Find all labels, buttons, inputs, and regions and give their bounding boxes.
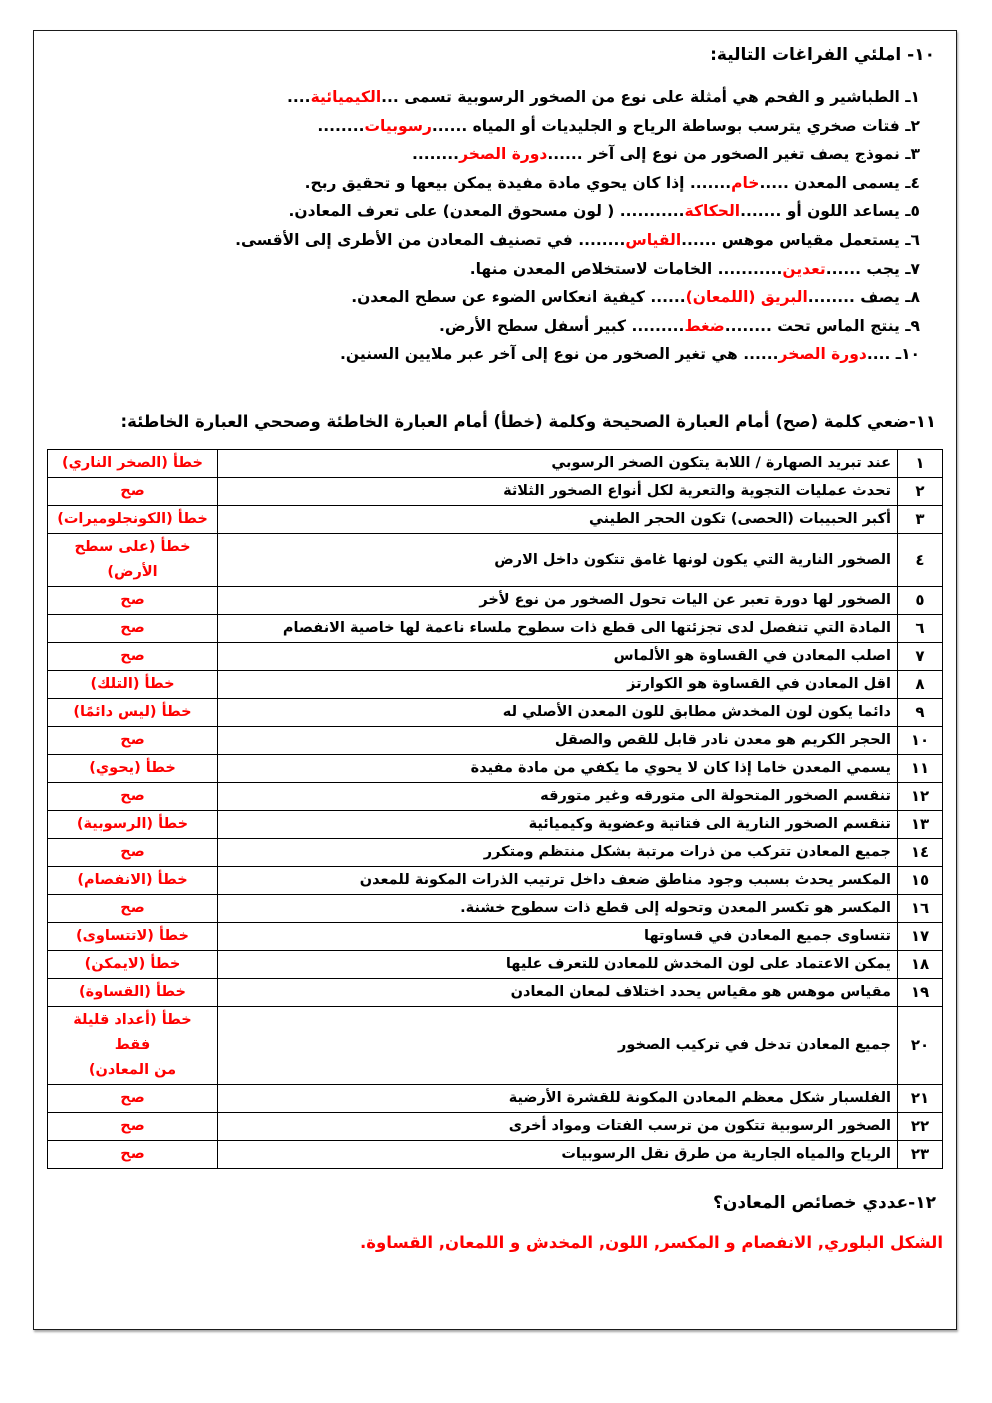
row-number: ٦	[898, 614, 943, 642]
table-row: ١٤ جميع المعادن تتركب من ذرات مرتبة بشكل…	[48, 838, 943, 866]
statement-cell: الصخور لها دورة تعبر عن اليات تحول الصخو…	[218, 586, 898, 614]
table-row: ٨ اقل المعادن في القساوة هو الكوارتز خطأ…	[48, 670, 943, 698]
row-number: ٢١	[898, 1084, 943, 1112]
statement-cell: يمكن الاعتماد على لون المخدش للمعادن للت…	[218, 950, 898, 978]
item-text-after-blank: ...... هي تغير الصخور من نوع إلى آخر عبر…	[340, 345, 779, 363]
item-text-before-blank: ٣ـ نموذج يصف تغير الصخور من نوع إلى آخر …	[547, 145, 920, 163]
table-row: ١٢ تنقسم الصخور المتحولة الى متورقه وغير…	[48, 782, 943, 810]
row-number: ٩	[898, 698, 943, 726]
worksheet-page: ١٠- املئي الفراغات التالية: ١ـ الطباشير …	[33, 30, 957, 1330]
statement-cell: تنقسم الصخور النارية الى فتاتية وعضوية و…	[218, 810, 898, 838]
table-row: ٢٣ الرياح والمياه الجارية من طرق نقل الر…	[48, 1140, 943, 1168]
table-row: ٢١ الفلسبار شكل معظم المعادن المكونة للق…	[48, 1084, 943, 1112]
table-row: ١٨ يمكن الاعتماد على لون المخدش للمعادن …	[48, 950, 943, 978]
statement-cell: اقل المعادن في القساوة هو الكوارتز	[218, 670, 898, 698]
item-text-before-blank: ٦ـ يستعمل مقياس موهس ......	[681, 231, 920, 249]
answer-cell: خطأ (ليس دائمًا)	[48, 698, 218, 726]
item-text-before-blank: ١٠ـ ....	[867, 345, 920, 363]
statement-cell: تحدث عمليات التجوية والتعرية لكل أنواع ا…	[218, 477, 898, 505]
row-number: ١٢	[898, 782, 943, 810]
row-number: ٤	[898, 533, 943, 586]
table-row: ٥ الصخور لها دورة تعبر عن اليات تحول الص…	[48, 586, 943, 614]
item-text-after-blank: ........	[412, 145, 459, 163]
table-row: ٢٢ الصخور الرسوبية تتكون من ترسب الفتات …	[48, 1112, 943, 1140]
blank-answer-text: دورة الصخر	[459, 145, 547, 163]
fill-in-blank-item: ١٠ـ ....دورة الصخر...... هي تغير الصخور …	[48, 340, 920, 369]
fill-in-blank-item: ١ـ الطباشير و الفحم هي أمثلة على نوع من …	[48, 83, 920, 112]
row-number: ١٨	[898, 950, 943, 978]
answer-cell: خطأ (لاتتساوى)	[48, 922, 218, 950]
q12-title: ١٢-عددي خصائص المعادن؟	[34, 1193, 936, 1213]
answer-cell: صح	[48, 782, 218, 810]
statement-cell: تتساوى جميع المعادن في قساوتها	[218, 922, 898, 950]
answer-cell: صح	[48, 894, 218, 922]
item-text-after-blank: ........... ( لون مسحوق المعدن) على تعرف…	[289, 202, 685, 220]
table-row: ١١ يسمي المعدن خاما إذا كان لا يحوي ما ي…	[48, 754, 943, 782]
answer-cell: خطأ (الانفصام)	[48, 866, 218, 894]
statement-cell: يسمي المعدن خاما إذا كان لا يحوي ما يكفي…	[218, 754, 898, 782]
fill-in-blank-item: ٧ـ يجب ......تعدين........... الخامات لا…	[48, 255, 920, 284]
item-text-after-blank: ........ في تصنيف المعادن من الأطرى إلى …	[235, 231, 625, 249]
fill-in-blank-item: ٢ـ فتات صخري يترسب بوساطة الرياح و الجلي…	[48, 112, 920, 141]
row-number: ١١	[898, 754, 943, 782]
statement-cell: الحجر الكريم هو معدن نادر قابل للقص والص…	[218, 726, 898, 754]
statement-cell: الصخور الرسوبية تتكون من ترسب الفتات ومو…	[218, 1112, 898, 1140]
row-number: ١٩	[898, 978, 943, 1006]
row-number: ٢٣	[898, 1140, 943, 1168]
blank-answer-text: تعدين	[782, 260, 825, 278]
answer-cell: خطأ (لايمكن)	[48, 950, 218, 978]
row-number: ٨	[898, 670, 943, 698]
answer-cell: خطأ (الرسوبية)	[48, 810, 218, 838]
fill-in-blank-item: ٨ـ يصف ........البريق (اللمعان)...... كي…	[48, 283, 920, 312]
table-row: ٦ المادة التي تنفصل لدى تجزئتها الى قطع …	[48, 614, 943, 642]
row-number: ٥	[898, 586, 943, 614]
item-text-after-blank: ......... كبير أسفل سطح الأرض.	[439, 317, 684, 335]
row-number: ١٤	[898, 838, 943, 866]
blank-answer-text: دورة الصخر	[779, 345, 867, 363]
row-number: ١٧	[898, 922, 943, 950]
answer-cell: صح	[48, 477, 218, 505]
answer-cell: صح	[48, 1112, 218, 1140]
row-number: ١	[898, 449, 943, 477]
blank-answer-text: خام	[731, 174, 759, 192]
statement-cell: تنقسم الصخور المتحولة الى متورقه وغير مت…	[218, 782, 898, 810]
answer-cell: خطأ (التلك)	[48, 670, 218, 698]
item-text-before-blank: ٥ـ يساعد اللون أو .......	[740, 202, 920, 220]
row-number: ١٦	[898, 894, 943, 922]
fill-in-blank-item: ٣ـ نموذج يصف تغير الصخور من نوع إلى آخر …	[48, 140, 920, 169]
statement-cell: دائما يكون لون المخدش مطابق للون المعدن …	[218, 698, 898, 726]
fill-in-blank-item: ٦ـ يستعمل مقياس موهس ......القياس.......…	[48, 226, 920, 255]
item-text-before-blank: ٢ـ فتات صخري يترسب بوساطة الرياح و الجلي…	[432, 117, 920, 135]
row-number: ٧	[898, 642, 943, 670]
row-number: ١٠	[898, 726, 943, 754]
answer-cell: صح	[48, 614, 218, 642]
answer-cell: خطأ (الكونجلوميرات)	[48, 505, 218, 533]
item-text-before-blank: ٩ـ ينتج الماس تحت ........	[725, 317, 920, 335]
answer-cell: صح	[48, 1084, 218, 1112]
item-text-after-blank: ....	[287, 88, 311, 106]
answer-cell: خطأ (القساوة)	[48, 978, 218, 1006]
table-row: ٧ اصلب المعادن في القساوة هو الألماس صح	[48, 642, 943, 670]
table-row: ١٥ المكسر يحدث بسبب وجود مناطق ضعف داخل …	[48, 866, 943, 894]
table-row: ٢ تحدث عمليات التجوية والتعرية لكل أنواع…	[48, 477, 943, 505]
answer-cell: خطأ (الصخر الناري)	[48, 449, 218, 477]
true-false-table: ١ عند تبريد الصهارة / اللابة يتكون الصخر…	[47, 449, 943, 1169]
table-row: ٤ الصخور النارية التي يكون لونها غامق تت…	[48, 533, 943, 586]
true-false-table-body: ١ عند تبريد الصهارة / اللابة يتكون الصخر…	[48, 449, 943, 1168]
table-row: ٩ دائما يكون لون المخدش مطابق للون المعد…	[48, 698, 943, 726]
item-text-after-blank: ........	[317, 117, 364, 135]
answer-cell: خطأ (يحوي)	[48, 754, 218, 782]
blank-answer-text: القياس	[625, 231, 681, 249]
statement-cell: المكسر يحدث بسبب وجود مناطق ضعف داخل ترت…	[218, 866, 898, 894]
table-row: ١٩ مقياس موهس هو مقياس يحدد اختلاف لمعان…	[48, 978, 943, 1006]
table-row: ١٧ تتساوى جميع المعادن في قساوتها خطأ (ل…	[48, 922, 943, 950]
statement-cell: المادة التي تنفصل لدى تجزئتها الى قطع ذا…	[218, 614, 898, 642]
q12-answer: الشكل البلوري, الانفصام و المكسر, اللون,…	[34, 1233, 943, 1252]
answer-cell: صح	[48, 586, 218, 614]
table-row: ١٣ تنقسم الصخور النارية الى فتاتية وعضوي…	[48, 810, 943, 838]
answer-cell: صح	[48, 642, 218, 670]
table-row: ٣ أكبر الحبيبات (الحصى) تكون الحجر الطين…	[48, 505, 943, 533]
table-row: ٢٠ جميع المعادن تدخل في تركيب الصخور خطأ…	[48, 1006, 943, 1084]
blank-answer-text: الكيميائية	[311, 88, 382, 106]
row-number: ٢	[898, 477, 943, 505]
row-number: ١٥	[898, 866, 943, 894]
blank-answer-text: ضغط	[684, 317, 724, 335]
answer-cell: خطأ (أعداد قليلة فقط من المعادن)	[48, 1006, 218, 1084]
item-text-after-blank: ...... كيفية انعكاس الضوء عن سطح المعدن.	[351, 288, 685, 306]
statement-cell: الصخور النارية التي يكون لونها غامق تتكو…	[218, 533, 898, 586]
answer-cell: خطأ (على سطح الأرض)	[48, 533, 218, 586]
item-text-before-blank: ١ـ الطباشير و الفحم هي أمثلة على نوع من …	[381, 88, 920, 106]
fill-in-blank-item: ٥ـ يساعد اللون أو .......الحكاكة........…	[48, 197, 920, 226]
row-number: ٢٠	[898, 1006, 943, 1084]
blank-answer-text: البريق (اللمعان)	[686, 288, 808, 306]
fill-in-blank-item: ٤ـ يسمى المعدن .....خام....... إذا كان ي…	[48, 169, 920, 198]
row-number: ١٣	[898, 810, 943, 838]
statement-cell: أكبر الحبيبات (الحصى) تكون الحجر الطيني	[218, 505, 898, 533]
statement-cell: المكسر هو تكسر المعدن وتحوله إلى قطع ذات…	[218, 894, 898, 922]
table-row: ١٠ الحجر الكريم هو معدن نادر قابل للقص و…	[48, 726, 943, 754]
statement-cell: مقياس موهس هو مقياس يحدد اختلاف لمعان ال…	[218, 978, 898, 1006]
fill-in-blank-item: ٩ـ ينتج الماس تحت ........ضغط......... ك…	[48, 312, 920, 341]
statement-cell: جميع المعادن تدخل في تركيب الصخور	[218, 1006, 898, 1084]
item-text-before-blank: ٧ـ يجب ......	[826, 260, 920, 278]
answer-cell: صح	[48, 838, 218, 866]
q11-title: ١١-ضعي كلمة (صح) أمام العبارة الصحيحة وك…	[34, 411, 936, 433]
blank-answer-text: رسوبيات	[364, 117, 431, 135]
item-text-after-blank: ........... الخامات لاستخلاص المعدن منها…	[470, 260, 783, 278]
item-text-before-blank: ٤ـ يسمى المعدن .....	[759, 174, 920, 192]
answer-cell: صح	[48, 1140, 218, 1168]
statement-cell: جميع المعادن تتركب من ذرات مرتبة بشكل من…	[218, 838, 898, 866]
statement-cell: اصلب المعادن في القساوة هو الألماس	[218, 642, 898, 670]
row-number: ٣	[898, 505, 943, 533]
statement-cell: الرياح والمياه الجارية من طرق نقل الرسوب…	[218, 1140, 898, 1168]
q10-title: ١٠- املئي الفراغات التالية:	[34, 44, 935, 66]
item-text-before-blank: ٨ـ يصف ........	[808, 288, 920, 306]
blank-answer-text: الحكاكة	[685, 202, 741, 220]
item-text-after-blank: ....... إذا كان يحوي مادة مفيدة يمكن بيع…	[305, 174, 731, 192]
table-row: ١ عند تبريد الصهارة / اللابة يتكون الصخر…	[48, 449, 943, 477]
statement-cell: عند تبريد الصهارة / اللابة يتكون الصخر ا…	[218, 449, 898, 477]
row-number: ٢٢	[898, 1112, 943, 1140]
statement-cell: الفلسبار شكل معظم المعادن المكونة للقشرة…	[218, 1084, 898, 1112]
answer-cell: صح	[48, 726, 218, 754]
fill-items: ١ـ الطباشير و الفحم هي أمثلة على نوع من …	[48, 83, 920, 369]
table-row: ١٦ المكسر هو تكسر المعدن وتحوله إلى قطع …	[48, 894, 943, 922]
